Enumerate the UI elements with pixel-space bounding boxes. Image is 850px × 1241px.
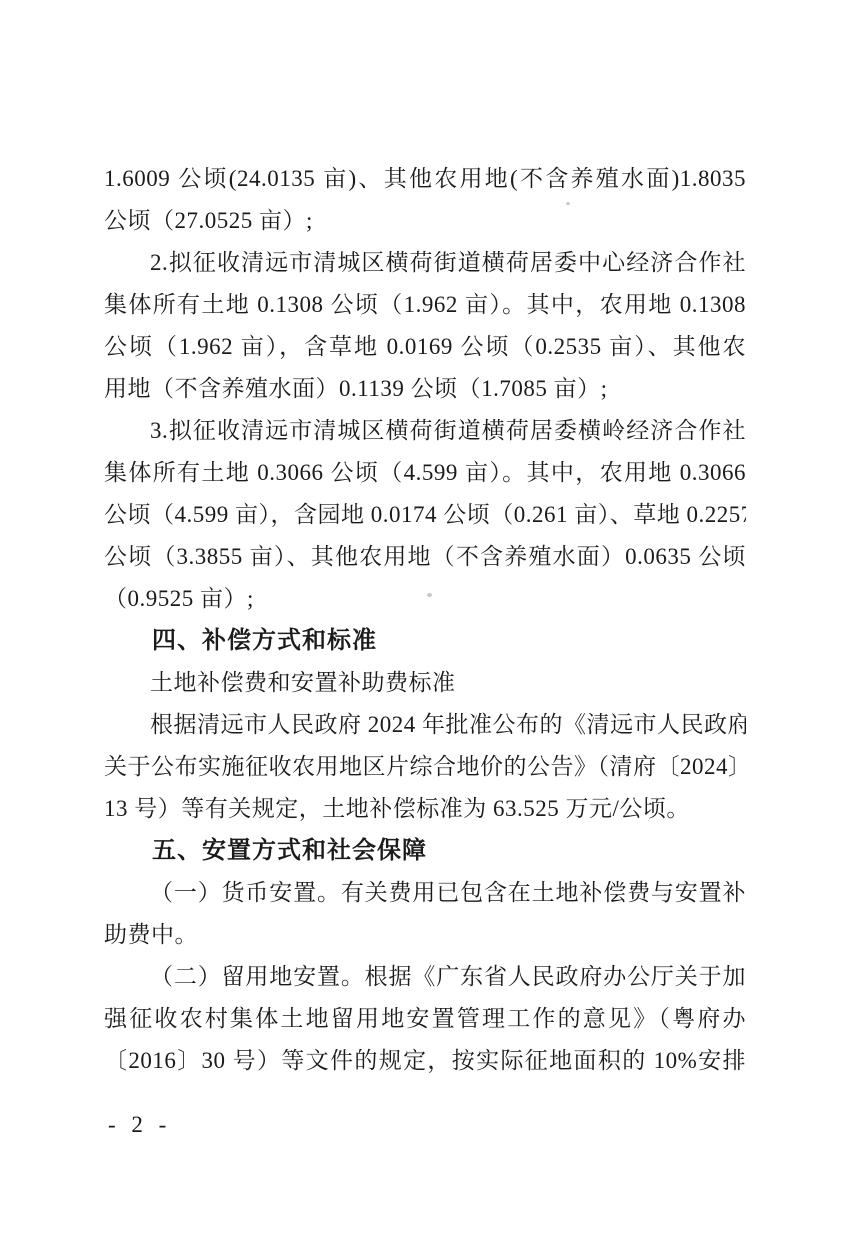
section-heading: 四、补偿方式和标准 <box>104 620 746 662</box>
text-line: 公顷（27.0525 亩）; <box>104 200 746 242</box>
text-line: 13 号）等有关规定，土地补偿标准为 63.525 万元/公顷。 <box>104 788 746 830</box>
text-line: 助费中。 <box>104 914 746 956</box>
text-line: 集体所有土地 0.1308 公顷（1.962 亩）。其中，农用地 0.1308 <box>104 284 746 326</box>
scan-speckle <box>427 593 432 597</box>
document-page: { "page": { "footer": { "page_number": "… <box>0 0 850 1241</box>
text-line: 3.拟征收清远市清城区横荷街道横荷居委横岭经济合作社 <box>104 410 746 452</box>
text-line: （0.9525 亩）; <box>104 578 746 620</box>
text-line: 用地（不含养殖水面）0.1139 公顷（1.7085 亩）; <box>104 368 746 410</box>
document-body: 1.6009 公顷(24.0135 亩)、其他农用地(不含养殖水面)1.8035… <box>104 158 746 1082</box>
text-line: 〔2016〕30 号）等文件的规定，按实际征地面积的 10%安排 <box>104 1040 746 1082</box>
text-line: 集体所有土地 0.3066 公顷（4.599 亩）。其中，农用地 0.3066 <box>104 452 746 494</box>
scan-speckle <box>566 202 570 205</box>
text-line: 根据清远市人民政府 2024 年批准公布的《清远市人民政府 <box>104 704 746 746</box>
text-line: （二）留用地安置。根据《广东省人民政府办公厅关于加 <box>104 956 746 998</box>
text-line: 土地补偿费和安置补助费标准 <box>104 662 746 704</box>
text-line: 公顷（1.962 亩），含草地 0.0169 公顷（0.2535 亩）、其他农 <box>104 326 746 368</box>
text-line: （一）货币安置。有关费用已包含在土地补偿费与安置补 <box>104 872 746 914</box>
text-line: 关于公布实施征收农用地区片综合地价的公告》（清府〔2024〕 <box>104 746 746 788</box>
text-line: 1.6009 公顷(24.0135 亩)、其他农用地(不含养殖水面)1.8035 <box>104 158 746 200</box>
text-line: 强征收农村集体土地留用地安置管理工作的意见》（粤府办 <box>104 998 746 1040</box>
page-number: - 2 - <box>108 1104 166 1146</box>
text-line: 2.拟征收清远市清城区横荷街道横荷居委中心经济合作社 <box>104 242 746 284</box>
text-line: 公顷（3.3855 亩）、其他农用地（不含养殖水面）0.0635 公顷 <box>104 536 746 578</box>
section-heading: 五、安置方式和社会保障 <box>104 830 746 872</box>
text-line: 公顷（4.599 亩），含园地 0.0174 公顷（0.261 亩）、草地 0.… <box>104 494 746 536</box>
